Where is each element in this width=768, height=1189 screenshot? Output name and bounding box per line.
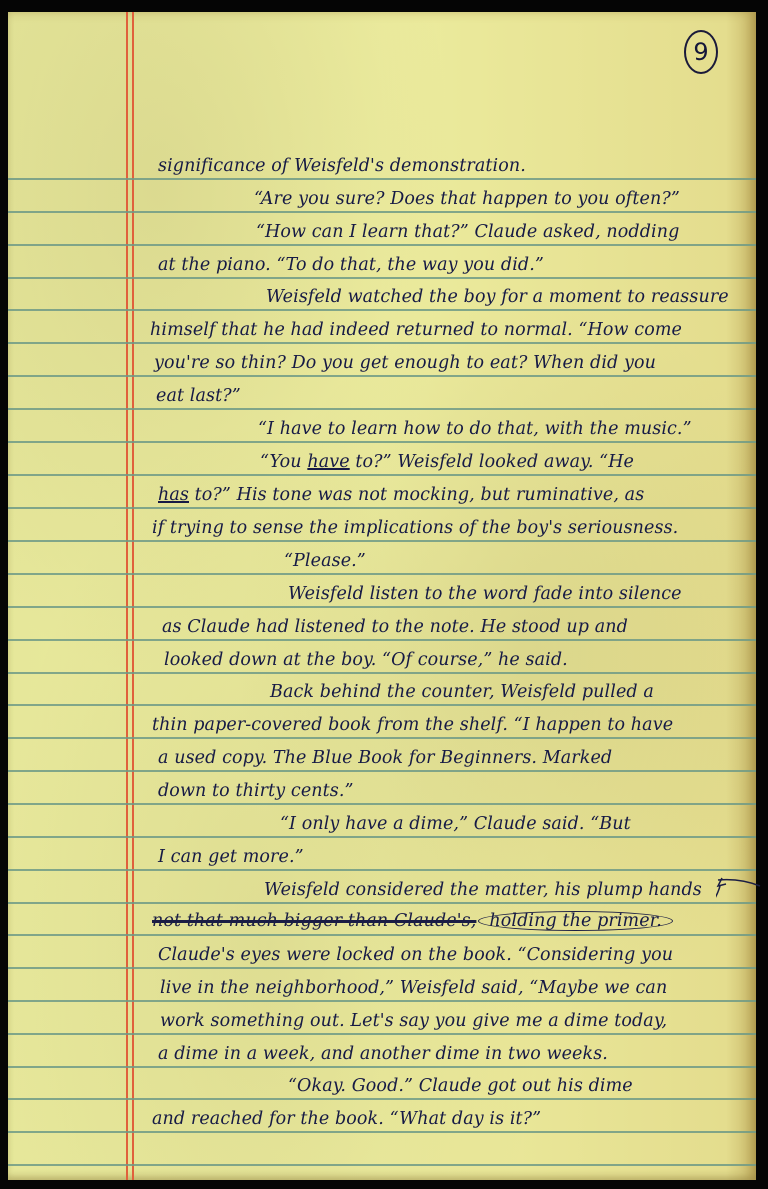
manuscript-line: if trying to sense the implications of t… xyxy=(152,518,678,538)
rule-line xyxy=(8,869,756,871)
rule-line xyxy=(8,507,756,509)
rule-line xyxy=(8,704,756,706)
underlined-word: has xyxy=(158,485,189,505)
margin-line-left xyxy=(126,12,128,1180)
rule-line xyxy=(8,375,756,377)
rule-line xyxy=(8,474,756,476)
manuscript-line: “How can I learn that?” Claude asked, no… xyxy=(256,222,679,242)
manuscript-line: as Claude had listened to the note. He s… xyxy=(162,617,628,637)
legal-pad-page: 9 significance of Weisfeld's demonstrati… xyxy=(8,12,756,1180)
manuscript-line: I can get more.” xyxy=(158,847,304,867)
rule-line xyxy=(8,1131,756,1133)
rule-line xyxy=(8,244,756,246)
manuscript-line: you're so thin? Do you get enough to eat… xyxy=(154,353,656,373)
manuscript-line: down to thirty cents.” xyxy=(158,781,354,801)
manuscript-line: looked down at the boy. “Of course,” he … xyxy=(164,650,568,670)
rule-line xyxy=(8,934,756,936)
page-number: 9 xyxy=(684,30,718,74)
manuscript-line: has to?” His tone was not mocking, but r… xyxy=(158,485,644,505)
manuscript-line: and reached for the book. “What day is i… xyxy=(152,1109,541,1129)
rule-line xyxy=(8,606,756,608)
manuscript-line: not that much bigger than Claude's,holdi… xyxy=(152,911,673,931)
manuscript-line: “I have to learn how to do that, with th… xyxy=(258,419,692,439)
rule-line xyxy=(8,1098,756,1100)
rule-line xyxy=(8,540,756,542)
struck-through-text: not that much bigger than Claude's, xyxy=(152,911,476,931)
rule-line xyxy=(8,309,756,311)
rule-line xyxy=(8,441,756,443)
insertion-arrow-icon xyxy=(716,876,762,916)
rule-line xyxy=(8,408,756,410)
rule-line xyxy=(8,803,756,805)
manuscript-line: eat last?” xyxy=(156,386,241,406)
rule-line xyxy=(8,342,756,344)
rule-line xyxy=(8,770,756,772)
circled-insertion: holding the primer. xyxy=(478,911,672,931)
manuscript-line: Weisfeld listen to the word fade into si… xyxy=(288,584,682,604)
manuscript-line: thin paper-covered book from the shelf. … xyxy=(152,715,673,735)
rule-line xyxy=(8,639,756,641)
rule-line xyxy=(8,672,756,674)
rule-line xyxy=(8,211,756,213)
underlined-word: have xyxy=(307,452,349,472)
text-segment: to?” His tone was not mocking, but rumin… xyxy=(189,485,644,505)
rule-line xyxy=(8,836,756,838)
margin-line-right xyxy=(132,12,134,1180)
manuscript-line: “Please.” xyxy=(284,551,366,571)
rule-line xyxy=(8,1164,756,1166)
text-segment: to?” Weisfeld looked away. “He xyxy=(350,452,634,472)
rule-line xyxy=(8,737,756,739)
rule-line xyxy=(8,178,756,180)
rule-line xyxy=(8,967,756,969)
text-segment: “You xyxy=(260,452,307,472)
manuscript-line: a dime in a week, and another dime in tw… xyxy=(158,1044,608,1064)
manuscript-line: work something out. Let's say you give m… xyxy=(160,1011,667,1031)
manuscript-line: live in the neighborhood,” Weisfeld said… xyxy=(160,978,667,998)
manuscript-line: at the piano. “To do that, the way you d… xyxy=(158,255,544,275)
manuscript-line: Back behind the counter, Weisfeld pulled… xyxy=(270,682,654,702)
rule-line xyxy=(8,1033,756,1035)
page-number-text: 9 xyxy=(693,38,708,66)
rule-line xyxy=(8,1066,756,1068)
manuscript-line: Weisfeld watched the boy for a moment to… xyxy=(266,287,729,307)
manuscript-line: Claude's eyes were locked on the book. “… xyxy=(158,945,673,965)
manuscript-line: “Are you sure? Does that happen to you o… xyxy=(254,189,680,209)
manuscript-line: “You have to?” Weisfeld looked away. “He xyxy=(260,452,634,472)
manuscript-line: “Okay. Good.” Claude got out his dime xyxy=(288,1076,633,1096)
manuscript-line: a used copy. The Blue Book for Beginners… xyxy=(158,748,612,768)
rule-line xyxy=(8,1000,756,1002)
rule-line xyxy=(8,573,756,575)
manuscript-line: “I only have a dime,” Claude said. “But xyxy=(280,814,631,834)
rule-line xyxy=(8,902,756,904)
manuscript-line: significance of Weisfeld's demonstration… xyxy=(158,156,526,176)
rule-line xyxy=(8,277,756,279)
manuscript-line: himself that he had indeed returned to n… xyxy=(150,320,682,340)
manuscript-line: Weisfeld considered the matter, his plum… xyxy=(264,880,702,900)
